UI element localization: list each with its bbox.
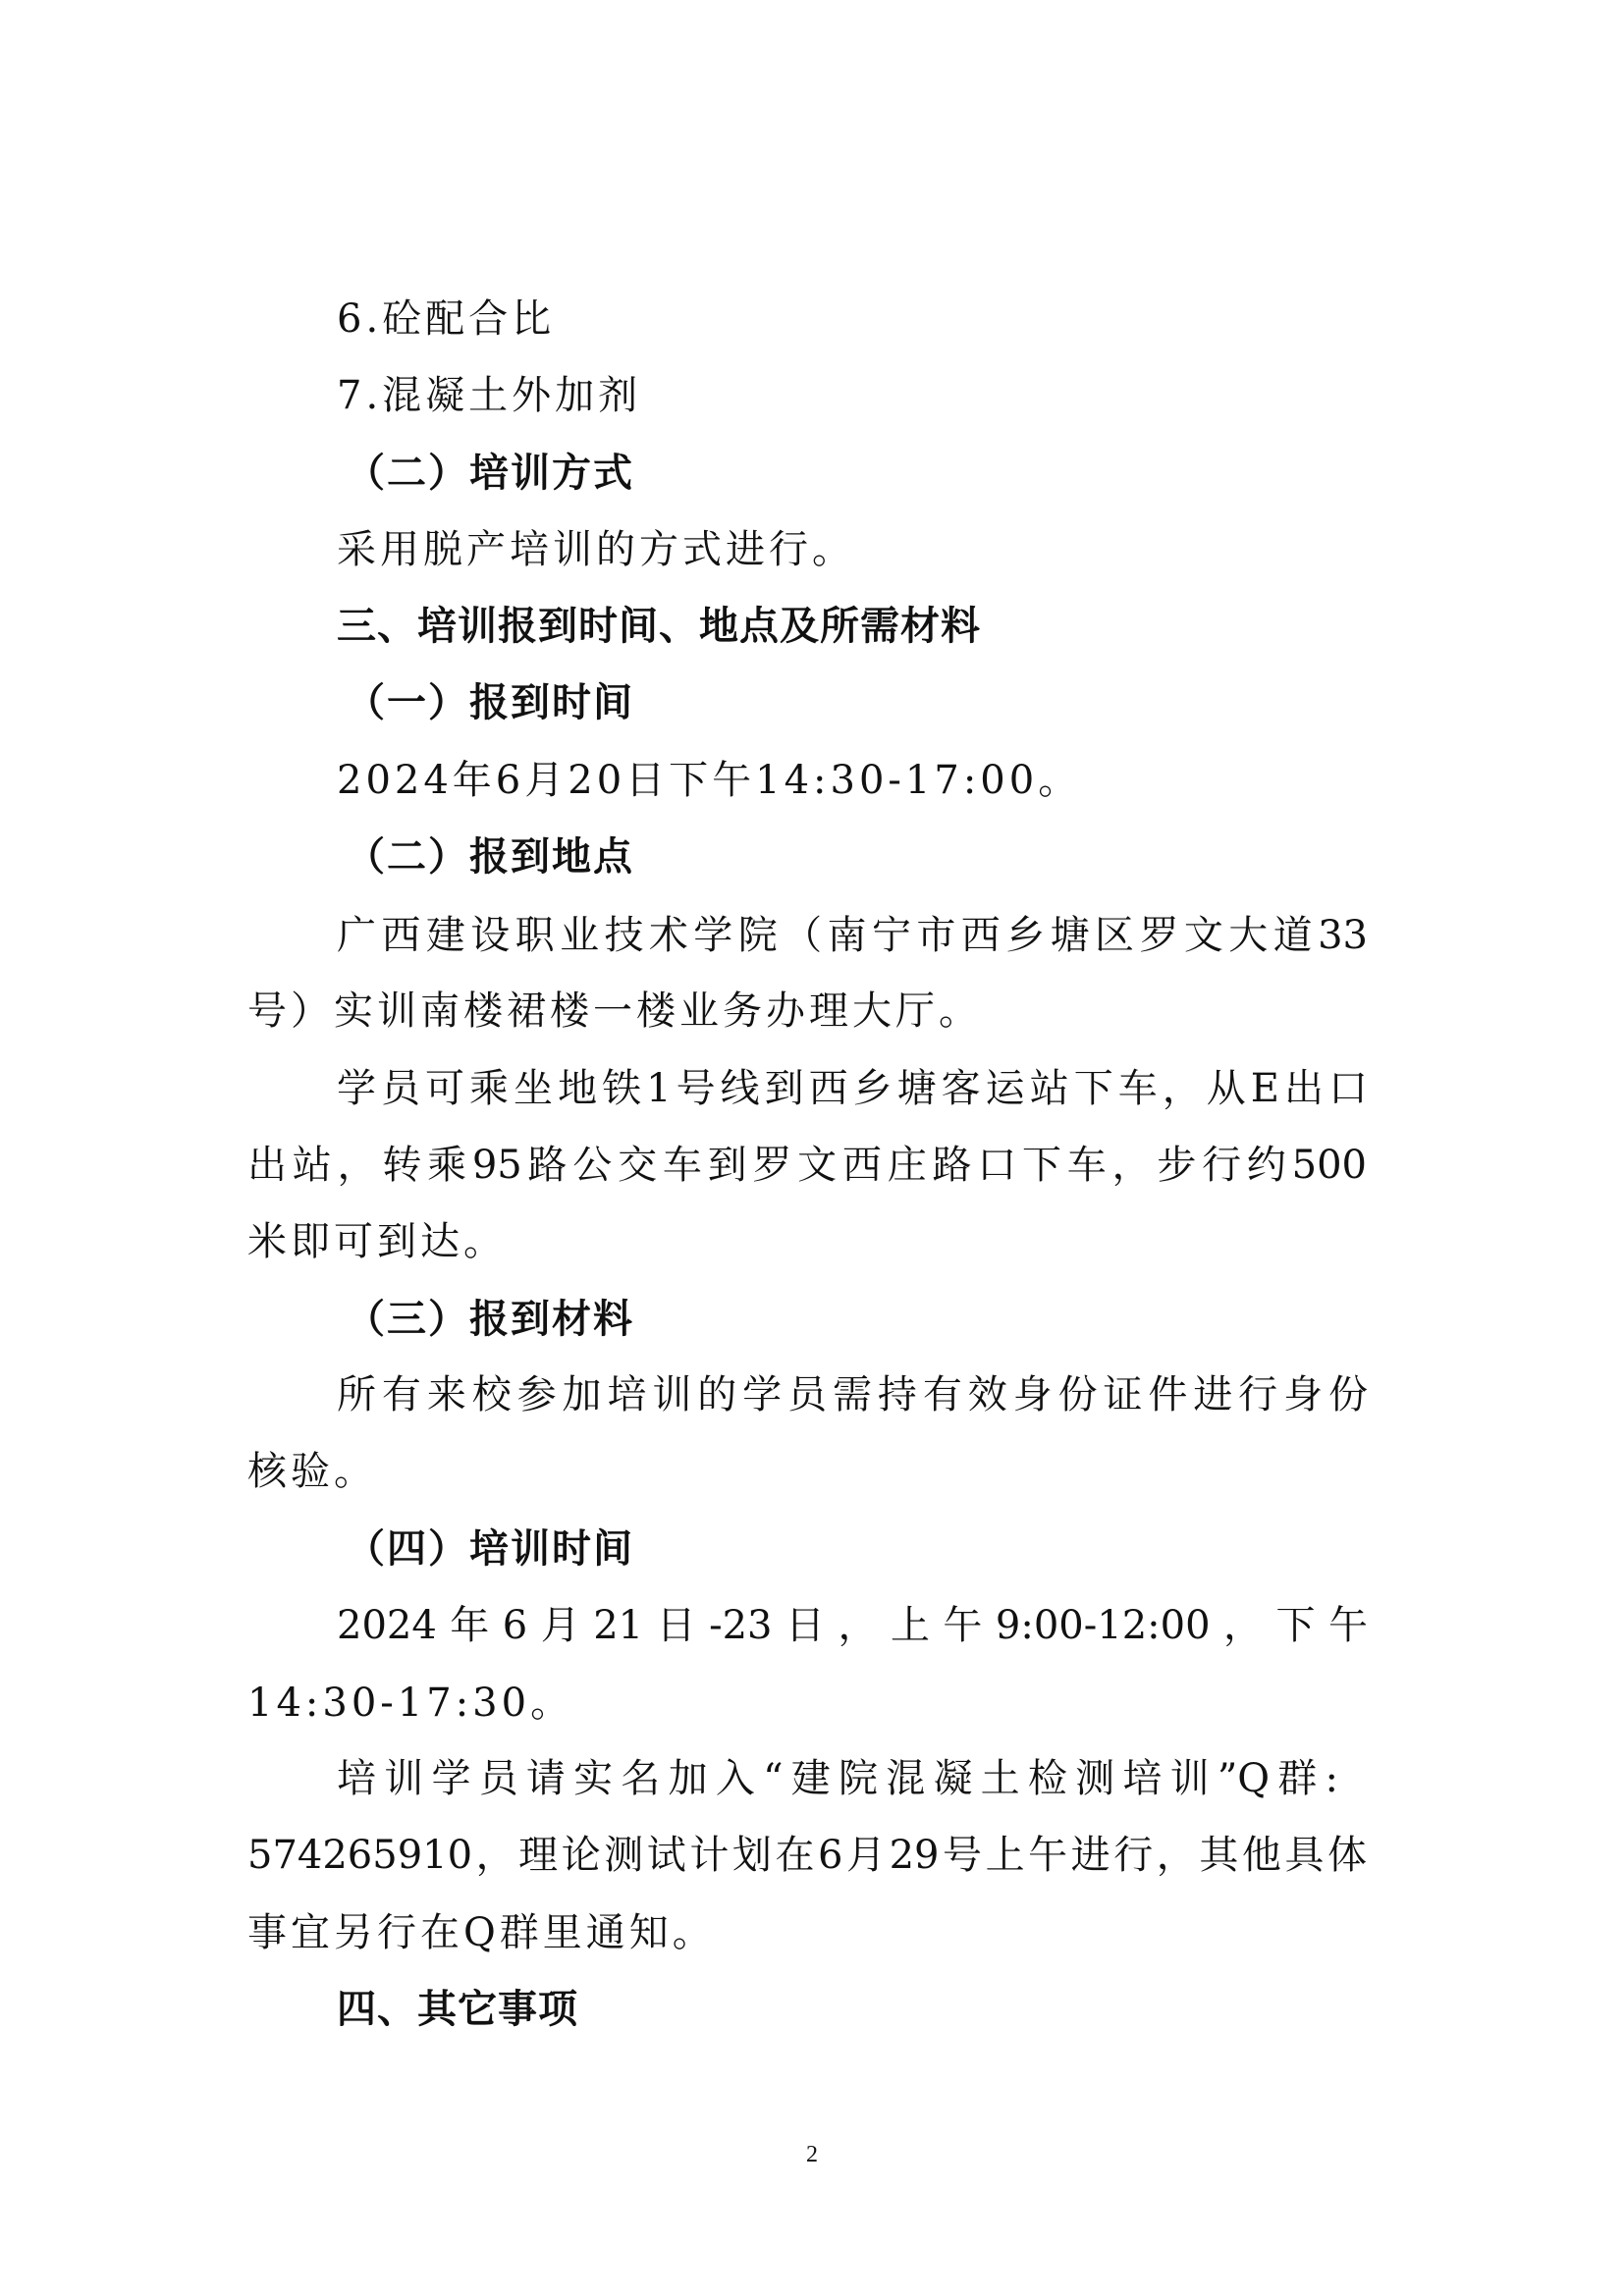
paragraph-transport-line-1: 学员可乘坐地铁1号线到西乡塘客运站下车，从E出口 — [337, 1064, 1368, 1113]
paragraph-qq-group-line-1: 培训学员请实名加入“建院混凝土检测培训”Q群: — [337, 1754, 1338, 1803]
document-page: 6.砼配合比 7.混凝土外加剂 （二）培训方式 采用脱产培训的方式进行。 三、培… — [0, 0, 1624, 2296]
paragraph-location-line-2: 号）实训南楼裙楼一楼业务办理大厅。 — [247, 987, 982, 1036]
page-number: 2 — [0, 2142, 1624, 2168]
subheading-registration-materials: （三）报到材料 — [346, 1295, 634, 1344]
paragraph-training-time-line-1: 2024年6月21日-23日，上午9:00-12:00，下午 — [337, 1601, 1368, 1650]
paragraph-qq-group-line-2: 574265910，理论测试计划在6月29号上午进行，其他具体 — [247, 1831, 1367, 1880]
list-item-admixture: 7.混凝土外加剂 — [337, 371, 641, 420]
paragraph-registration-time: 2024年6月20日下午14:30-17:00。 — [337, 756, 1081, 805]
paragraph-training-time-line-2: 14:30-17:30。 — [247, 1679, 573, 1728]
paragraph-training-method: 采用脱产培训的方式进行。 — [337, 525, 855, 574]
paragraph-materials-line-2: 核验。 — [247, 1447, 377, 1496]
subheading-training-method: （二）培训方式 — [346, 449, 634, 498]
paragraph-transport-line-2: 出站，转乘95路公交车到罗文西庄路口下车，步行约500 — [247, 1141, 1367, 1190]
paragraph-location-line-1: 广西建设职业技术学院（南宁市西乡塘区罗文大道33 — [337, 911, 1368, 960]
section-heading-registration: 三、培训报到时间、地点及所需材料 — [337, 602, 981, 651]
subheading-training-time: （四）培训时间 — [346, 1524, 634, 1574]
subheading-registration-time: （一）报到时间 — [346, 678, 634, 727]
paragraph-qq-group-line-3: 事宜另行在Q群里通知。 — [247, 1908, 716, 1957]
paragraph-materials-line-1: 所有来校参加培训的学员需持有效身份证件进行身份 — [337, 1370, 1368, 1419]
paragraph-transport-line-3: 米即可到达。 — [247, 1217, 507, 1266]
subheading-registration-location: （二）报到地点 — [346, 832, 634, 881]
list-item-mix-ratio: 6.砼配合比 — [337, 294, 555, 344]
section-heading-other-matters: 四、其它事项 — [337, 1985, 578, 2034]
